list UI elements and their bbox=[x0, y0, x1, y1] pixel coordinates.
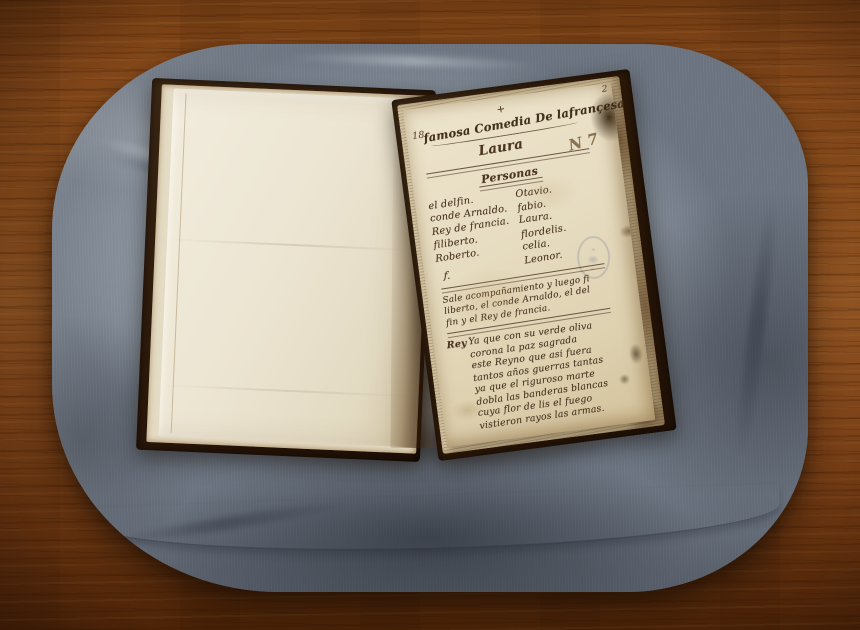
book-cushion bbox=[52, 44, 808, 592]
photo-scene: 4 2 + 18 famosa Comedia De lafrançesa La… bbox=[0, 0, 860, 630]
